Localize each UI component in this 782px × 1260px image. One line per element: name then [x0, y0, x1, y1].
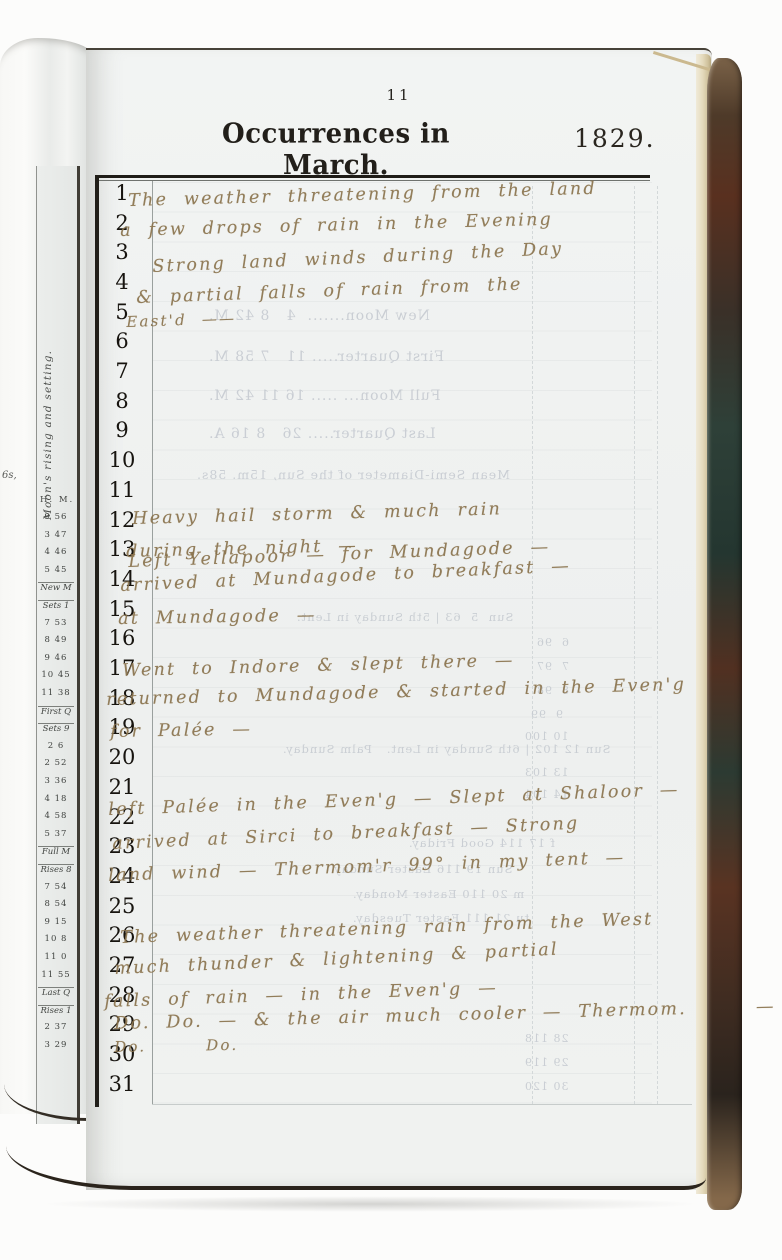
bleedthrough-text: 29 119 [524, 1056, 569, 1069]
moon-time-row: 3 47 [38, 530, 74, 540]
moon-time-row: 2 52 [38, 758, 74, 768]
bleedthrough-text: Full Moon... ..... 16 11 42 M. [208, 388, 440, 404]
moon-time-row: 11 0 [38, 952, 74, 962]
facing-page-corner-text: 6s, [2, 470, 17, 481]
moon-time-row: 4 46 [38, 547, 74, 557]
moon-time-row: 3 36 [38, 776, 74, 786]
moon-time-row: 4 18 [38, 794, 74, 804]
bleedthrough-text: 28 118 [524, 1032, 569, 1045]
moon-time-row: 8 54 [38, 899, 74, 909]
book-photo: Moon's rising and setting. 6s, H. M. 9 5… [0, 0, 782, 1260]
moon-time-row: Rises 8 [38, 864, 74, 875]
book-bottom-edge [6, 1118, 706, 1190]
moon-time-row: 9 15 [38, 917, 74, 927]
moon-time-row: Last Q [38, 987, 74, 998]
diary-entry: at Mundagode — [118, 605, 317, 628]
day-number: 7 [100, 356, 144, 386]
day-number: 10 [100, 445, 144, 475]
moon-time-row: 11 38 [38, 688, 74, 698]
bleedthrough-text: 13 103 [524, 766, 569, 779]
moon-time-row: 7 54 [38, 882, 74, 892]
book-shadow [40, 1196, 700, 1212]
moon-time-row: 2 37 [38, 1022, 74, 1032]
bleedthrough-text: First Quarter..... 11 7 58 M. [208, 349, 444, 365]
day-number: 8 [100, 386, 144, 416]
bleed-column-rule [532, 186, 533, 1104]
bleed-column-rule [634, 186, 635, 1104]
moon-time-row: 8 49 [38, 635, 74, 645]
moon-time-row: 4 58 [38, 811, 74, 821]
diary-entry: Do. Do. [114, 1036, 238, 1056]
moon-time-row: First Q [38, 706, 74, 717]
moon-time-row: 5 37 [38, 829, 74, 839]
moon-time-row: 11 55 [38, 970, 74, 980]
table-top-rule [95, 175, 650, 178]
page-year: 1829. [574, 124, 656, 153]
day-number: 31 [100, 1069, 144, 1099]
bleedthrough-text: 30 120 [524, 1080, 569, 1093]
bleedthrough-text: m 20 110 Easter Monday. [352, 887, 524, 901]
page-number: 11 [86, 86, 712, 104]
day-number: 11 [100, 475, 144, 505]
moon-column-label: Moon's rising and setting. [42, 150, 58, 520]
day-number: 9 [100, 416, 144, 446]
bleedthrough-text: Last Quarter..... 26 8 16 A. [208, 426, 436, 442]
moon-time-row: 9 56 [38, 512, 74, 522]
moon-time-row: New M [38, 582, 74, 593]
bleed-column-rule [657, 186, 658, 1104]
table-bottom-rule [152, 1104, 692, 1105]
moon-time-row: Sets 9 [38, 723, 74, 734]
table-left-rule [95, 175, 99, 1107]
moon-time-row: Sets 1 [38, 600, 74, 611]
moon-times-rows: 9 563 474 465 45New MSets 17 538 499 461… [38, 512, 76, 1086]
bleedthrough-text: Sun 12 102 | 6th Sunday in Lent. Palm Su… [282, 742, 611, 756]
day-number: 3 [100, 237, 144, 267]
moon-time-row: 10 8 [38, 934, 74, 944]
bleedthrough-text: 6 96 [536, 636, 569, 649]
day-number: 6 [100, 327, 144, 357]
moon-time-row: 7 53 [38, 618, 74, 628]
bleedthrough-text: 9 99 [530, 708, 563, 721]
moon-time-row: Full M [38, 846, 74, 857]
moon-time-row: 10 45 [38, 670, 74, 680]
marbled-cover-edge [707, 58, 742, 1210]
day-number: 21 [100, 772, 144, 802]
diary-entry: for Palée — [110, 719, 252, 741]
moon-time-row: 5 45 [38, 565, 74, 575]
moon-time-row: 9 46 [38, 653, 74, 663]
day-number: 25 [100, 891, 144, 921]
day-number: 20 [100, 742, 144, 772]
bleedthrough-text: Mean Semi-Diameter of the Sun, 15m. 58s. [196, 467, 510, 482]
moon-time-row: Rises 1 [38, 1005, 74, 1016]
moon-time-row: 2 6 [38, 741, 74, 751]
bleedthrough-text: 7 97 [536, 660, 569, 673]
page-title: Occurrences in March. [176, 119, 496, 181]
moon-column-header: H. M. [40, 495, 74, 505]
bleedthrough-text: New Moon....... 4 8 42 M. [208, 308, 430, 324]
bleedthrough-text: Sun 5 63 | 5th Sunday in Lent. [296, 610, 513, 624]
